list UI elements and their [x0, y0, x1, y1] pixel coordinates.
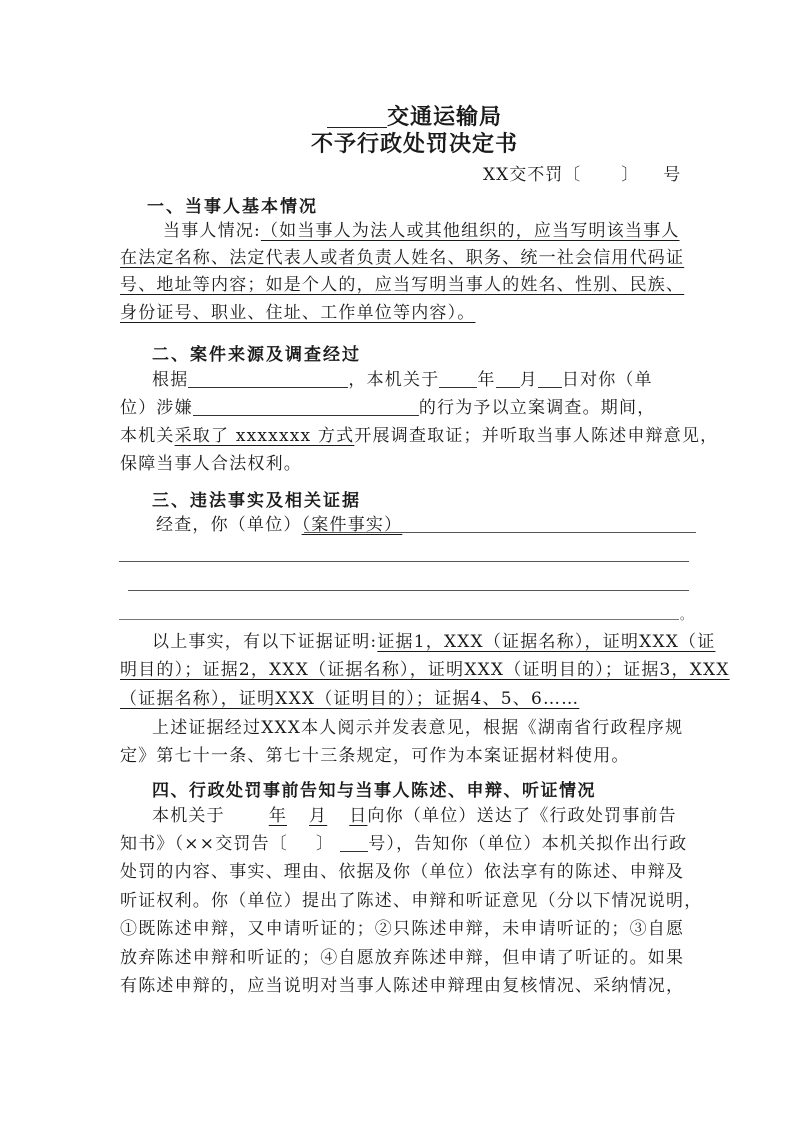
- day-blank[interactable]: [538, 369, 562, 388]
- year-blank[interactable]: [439, 369, 477, 388]
- basis-blank[interactable]: [188, 369, 348, 388]
- evidence-line-3[interactable]: （证据名称），证明XXX（证明目的）；证据4、5、6……: [120, 688, 579, 710]
- party-info-line-3[interactable]: 号、地址等内容；如是个人的，应当写明当事人的姓名、性别、民族、: [120, 274, 684, 296]
- notice-line-1: 本机关于年月日向你（单位）送达了《行政处罚事前告: [152, 805, 677, 827]
- facts-end-mark: 。: [680, 604, 693, 626]
- notice-line-2: 知书》（××交罚告〔〕号），告知你（单位）本机关拟作出行政: [120, 833, 687, 855]
- case-source-line-2: 位）涉嫌的行为予以立案调查。期间，: [120, 397, 655, 419]
- notice-date-field[interactable]: 年月日: [225, 806, 368, 826]
- facts-blank-line-1[interactable]: [304, 532, 696, 533]
- month-blank[interactable]: [496, 369, 520, 388]
- case-source-line-1: 根据，本机关于年月日对你（单: [152, 369, 653, 391]
- evidence-review-line-2: 定》第七十一条、第七十三条规定，可作为本案证据材料使用。: [120, 745, 630, 767]
- investigation-method-field[interactable]: 采取了 xxxxxxx 方式: [175, 426, 355, 446]
- case-source-line-4: 保障当事人合法权利。: [120, 453, 302, 475]
- party-info-field[interactable]: （如当事人为法人或其他组织的，应当写明该当事人: [261, 221, 680, 241]
- evidence-line-1: 以上事实，有以下证据证明:证据1，XXX（证据名称），证明XXX（证: [152, 631, 715, 653]
- notice-line-5: ①既陈述申辩，又申请听证的；②只陈述申辩，未申请听证的；③自愿: [120, 918, 684, 940]
- case-source-line-3: 本机关采取了 xxxxxxx 方式开展调查取证；并听取当事人陈述申辩意见，: [120, 425, 718, 447]
- facts-blank-line-2[interactable]: [119, 561, 689, 562]
- section4-heading: 四、行政处罚事前告知与当事人陈述、申辩、听证情况: [152, 776, 596, 801]
- suspected-act-blank[interactable]: [193, 397, 419, 416]
- facts-blank-line-3[interactable]: [128, 590, 689, 591]
- document-number: XX交不罚〔〕号: [483, 160, 681, 185]
- notice-line-4: 听证权利。你（单位）提出了陈述、申辩和听证意见（分以下情况说明，: [120, 890, 702, 912]
- agency-name-blank[interactable]: [327, 105, 387, 128]
- document-page: 交通运输局 不予行政处罚决定书 XX交不罚〔〕号 一、当事人基本情况 当事人情况…: [0, 0, 793, 1122]
- section1-heading: 一、当事人基本情况: [147, 192, 318, 217]
- section2-heading: 二、案件来源及调查经过: [152, 340, 361, 365]
- notice-line-7: 有陈述申辩的，应当说明对当事人陈述申辩理由复核情况、采纳情况，: [120, 975, 684, 997]
- party-info-line-1: 当事人情况:（如当事人为法人或其他组织的，应当写明该当事人: [163, 220, 680, 242]
- document-title: 不予行政处罚决定书: [311, 127, 518, 158]
- party-info-line-4[interactable]: 身份证号、职业、住址、工作单位等内容）。: [120, 302, 476, 324]
- facts-blank-line-4[interactable]: [119, 619, 679, 620]
- party-info-line-2[interactable]: 在法定名称、法定代表人或者负责人姓名、职务、统一社会信用代码证: [120, 247, 684, 269]
- evidence-line-2[interactable]: 明目的）；证据2，XXX（证据名称），证明XXX（证明目的）；证据3，XXX: [120, 659, 730, 681]
- evidence-list-field[interactable]: 证据1，XXX（证据名称），证明XXX（证: [377, 632, 715, 652]
- notice-number-blank[interactable]: [340, 833, 368, 852]
- section3-heading: 三、违法事实及相关证据: [152, 486, 361, 511]
- notice-line-3: 处罚的内容、事实、理由、依据及你（单位）依法享有的陈述、申辩及: [120, 861, 684, 883]
- notice-line-6: 放弃陈述申辩和听证的；④自愿放弃陈述申辩，但申请了听证的。如果: [120, 947, 684, 969]
- evidence-review-line-1: 上述证据经过XXX本人阅示并发表意见，根据《湖南省行政程序规: [152, 717, 683, 739]
